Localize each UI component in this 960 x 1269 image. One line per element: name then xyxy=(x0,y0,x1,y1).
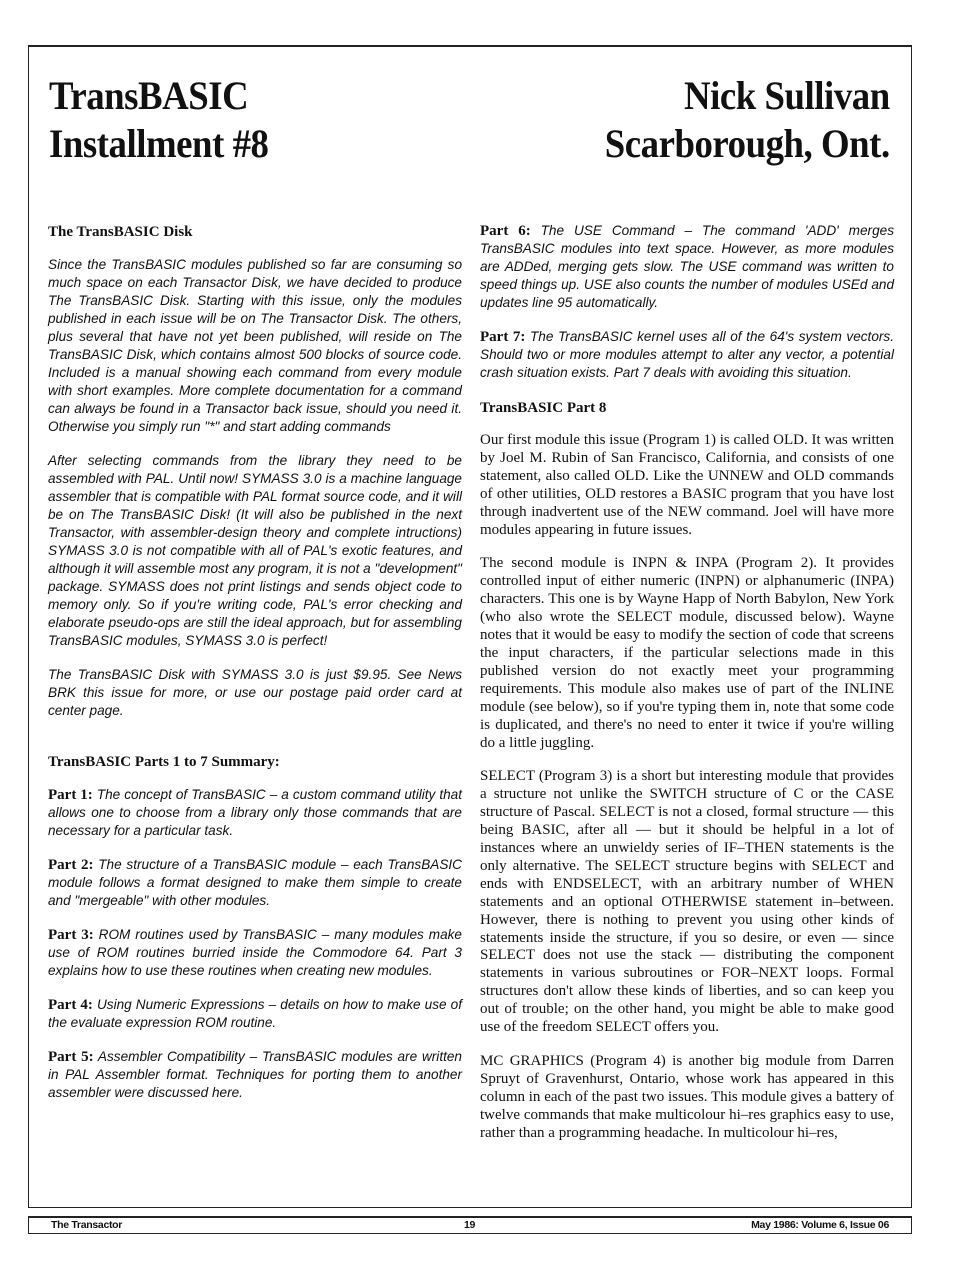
paragraph: Our first module this issue (Program 1) … xyxy=(480,432,894,539)
part-summary-2: Part 2: The structure of a TransBASIC mo… xyxy=(48,856,462,910)
publication-name: The Transactor xyxy=(51,1219,122,1231)
issue-info: May 1986: Volume 6, Issue 06 xyxy=(751,1219,889,1231)
part-label: Part 3: xyxy=(48,927,94,943)
part-summary-3: Part 3: ROM routines used by TransBASIC … xyxy=(48,926,462,980)
part-text: Using Numeric Expressions – details on h… xyxy=(48,997,462,1030)
part-text: The USE Command – The command 'ADD' merg… xyxy=(480,223,894,310)
part-summary-7: Part 7: The TransBASIC kernel uses all o… xyxy=(480,328,894,382)
article-title: TransBASIC Installment #8 xyxy=(49,72,268,168)
part-text: The TransBASIC kernel uses all of the 64… xyxy=(480,329,894,380)
right-column: Part 6: The USE Command – The command 'A… xyxy=(480,222,894,1159)
part-label: Part 1: xyxy=(48,787,93,803)
title-line-1: TransBASIC xyxy=(49,72,268,120)
part-label: Part 6: xyxy=(480,223,531,239)
part-text: Assembler Compatibility – TransBASIC mod… xyxy=(48,1049,462,1100)
section-heading-part8: TransBASIC Part 8 xyxy=(480,398,894,418)
paragraph: The second module is INPN & INPA (Progra… xyxy=(480,555,894,752)
author-name: Nick Sullivan xyxy=(605,72,890,120)
page-footer: The Transactor 19 May 1986: Volume 6, Is… xyxy=(28,1216,912,1234)
paragraph: MC GRAPHICS (Program 4) is another big m… xyxy=(480,1053,894,1143)
title-line-2: Installment #8 xyxy=(49,120,268,168)
part-text: The structure of a TransBASIC module – e… xyxy=(48,857,462,908)
part-summary-5: Part 5: Assembler Compatibility – TransB… xyxy=(48,1048,462,1102)
part-text: The concept of TransBASIC – a custom com… xyxy=(48,787,462,838)
paragraph: Since the TransBASIC modules published s… xyxy=(48,256,462,436)
part-label: Part 2: xyxy=(48,857,94,873)
part-label: Part 7: xyxy=(480,329,525,345)
part-label: Part 5: xyxy=(48,1049,94,1065)
page-number: 19 xyxy=(464,1219,475,1231)
section-heading-summary: TransBASIC Parts 1 to 7 Summary: xyxy=(48,752,462,772)
part-summary-1: Part 1: The concept of TransBASIC – a cu… xyxy=(48,786,462,840)
paragraph: After selecting commands from the librar… xyxy=(48,452,462,650)
part-summary-6: Part 6: The USE Command – The command 'A… xyxy=(480,222,894,312)
part-text: ROM routines used by TransBASIC – many m… xyxy=(48,927,462,978)
byline: Nick Sullivan Scarborough, Ont. xyxy=(605,72,890,168)
part-summary-4: Part 4: Using Numeric Expressions – deta… xyxy=(48,996,462,1032)
author-location: Scarborough, Ont. xyxy=(605,120,890,168)
left-column: The TransBASIC Disk Since the TransBASIC… xyxy=(48,222,462,1118)
paragraph: The TransBASIC Disk with SYMASS 3.0 is j… xyxy=(48,666,462,720)
paragraph: SELECT (Program 3) is a short but intere… xyxy=(480,768,894,1037)
section-heading-disk: The TransBASIC Disk xyxy=(48,222,462,242)
part-label: Part 4: xyxy=(48,997,93,1013)
